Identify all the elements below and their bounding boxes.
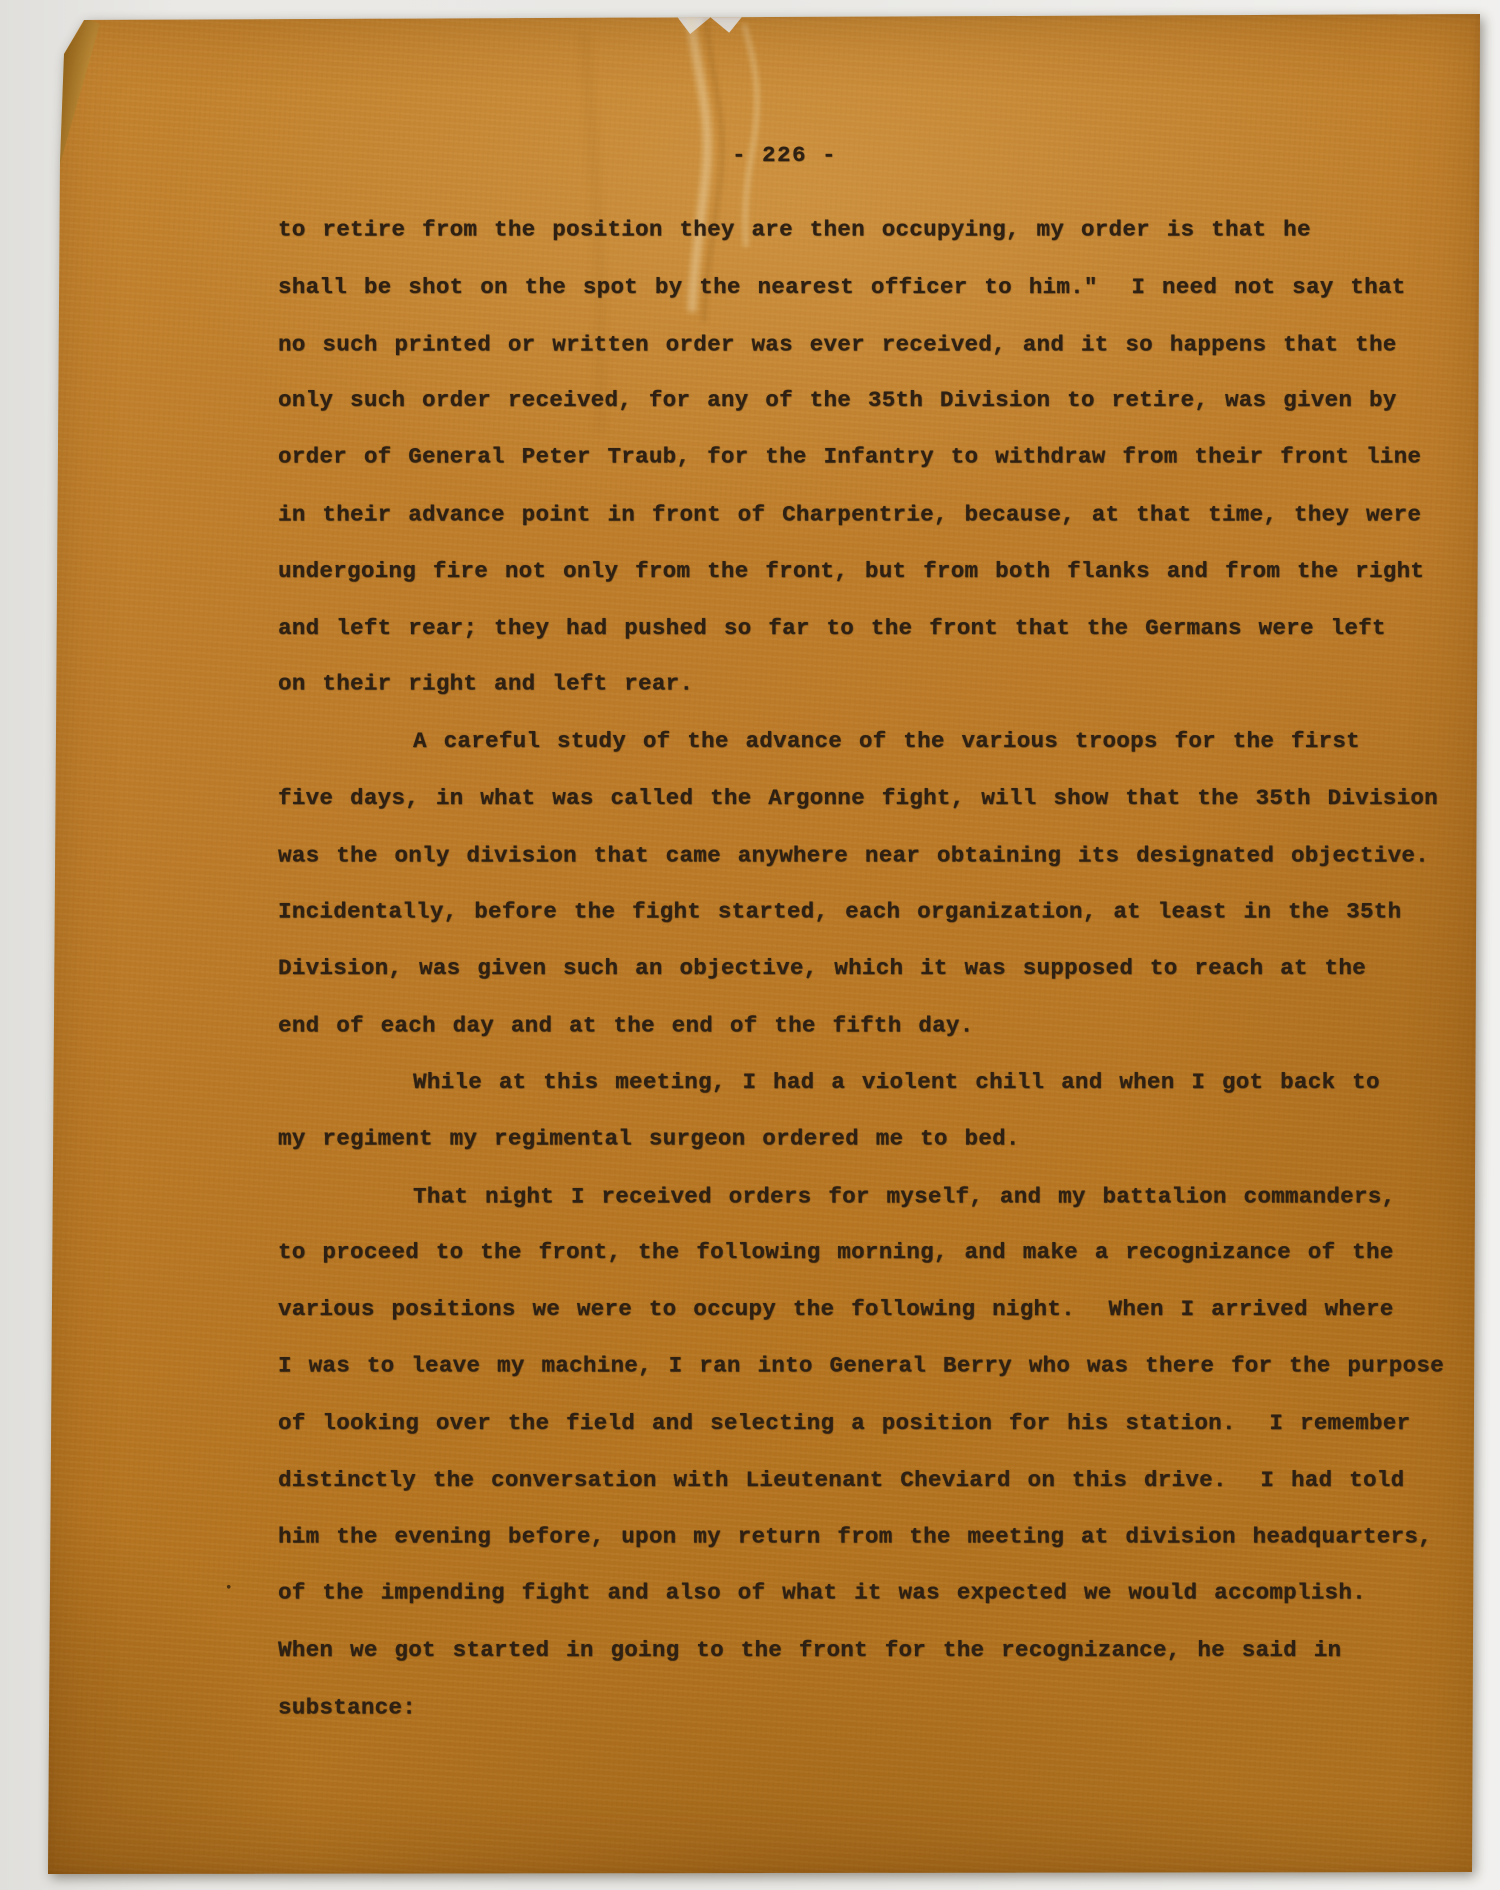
document-page: - 226 - to retire from the position they…: [44, 12, 1482, 1876]
text-line: no such printed or written order was eve…: [278, 316, 1444, 373]
typewritten-text-block: to retire from the position they are the…: [278, 202, 1444, 1736]
text-line: was the only division that came anywhere…: [278, 827, 1444, 884]
text-line: various positions we were to occupy the …: [278, 1281, 1444, 1338]
text-line: That night I received orders for myself,…: [278, 1168, 1444, 1225]
text-line: distinctly the conversation with Lieuten…: [278, 1452, 1444, 1509]
paper-shadow-wrapper: - 226 - to retire from the position they…: [0, 0, 1500, 1890]
text-line: on their right and left rear.: [278, 656, 1444, 713]
text-line: substance:: [278, 1679, 1444, 1736]
text-line: I was to leave my machine, I ran into Ge…: [278, 1337, 1444, 1394]
page-number: - 226 -: [732, 142, 837, 168]
text-line: Incidentally, before the fight started, …: [278, 883, 1444, 940]
dog-ear-fold: [54, 14, 106, 168]
text-line: to retire from the position they are the…: [278, 202, 1444, 259]
text-line: Division, was given such an objective, w…: [278, 940, 1444, 997]
text-line: of the impending fight and also of what …: [278, 1565, 1444, 1622]
text-line: undergoing fire not only from the front,…: [278, 543, 1444, 600]
scanned-document: { "page": { "number": "- 226 -", "colors…: [0, 0, 1500, 1890]
text-line: order of General Peter Traub, for the In…: [278, 429, 1444, 486]
text-line: When we got started in going to the fron…: [278, 1622, 1444, 1679]
text-line: and left rear; they had pushed so far to…: [278, 600, 1444, 657]
text-line: end of each day and at the end of the fi…: [278, 998, 1444, 1055]
text-line: in their advance point in front of Charp…: [278, 487, 1444, 544]
text-line: five days, in what was called the Argonn…: [278, 770, 1444, 827]
text-line: him the evening before, upon my return f…: [278, 1509, 1444, 1566]
torn-edge-notch: [673, 10, 751, 34]
text-line: of looking over the field and selecting …: [278, 1395, 1444, 1452]
text-line: shall be shot on the spot by the nearest…: [278, 259, 1444, 316]
ink-speck: •: [223, 1579, 234, 1595]
text-line: only such order received, for any of the…: [278, 372, 1444, 429]
text-line: my regiment my regimental surgeon ordere…: [278, 1110, 1444, 1167]
text-line: A careful study of the advance of the va…: [278, 713, 1444, 770]
text-line: to proceed to the front, the following m…: [278, 1224, 1444, 1281]
text-line: While at this meeting, I had a violent c…: [278, 1054, 1444, 1111]
